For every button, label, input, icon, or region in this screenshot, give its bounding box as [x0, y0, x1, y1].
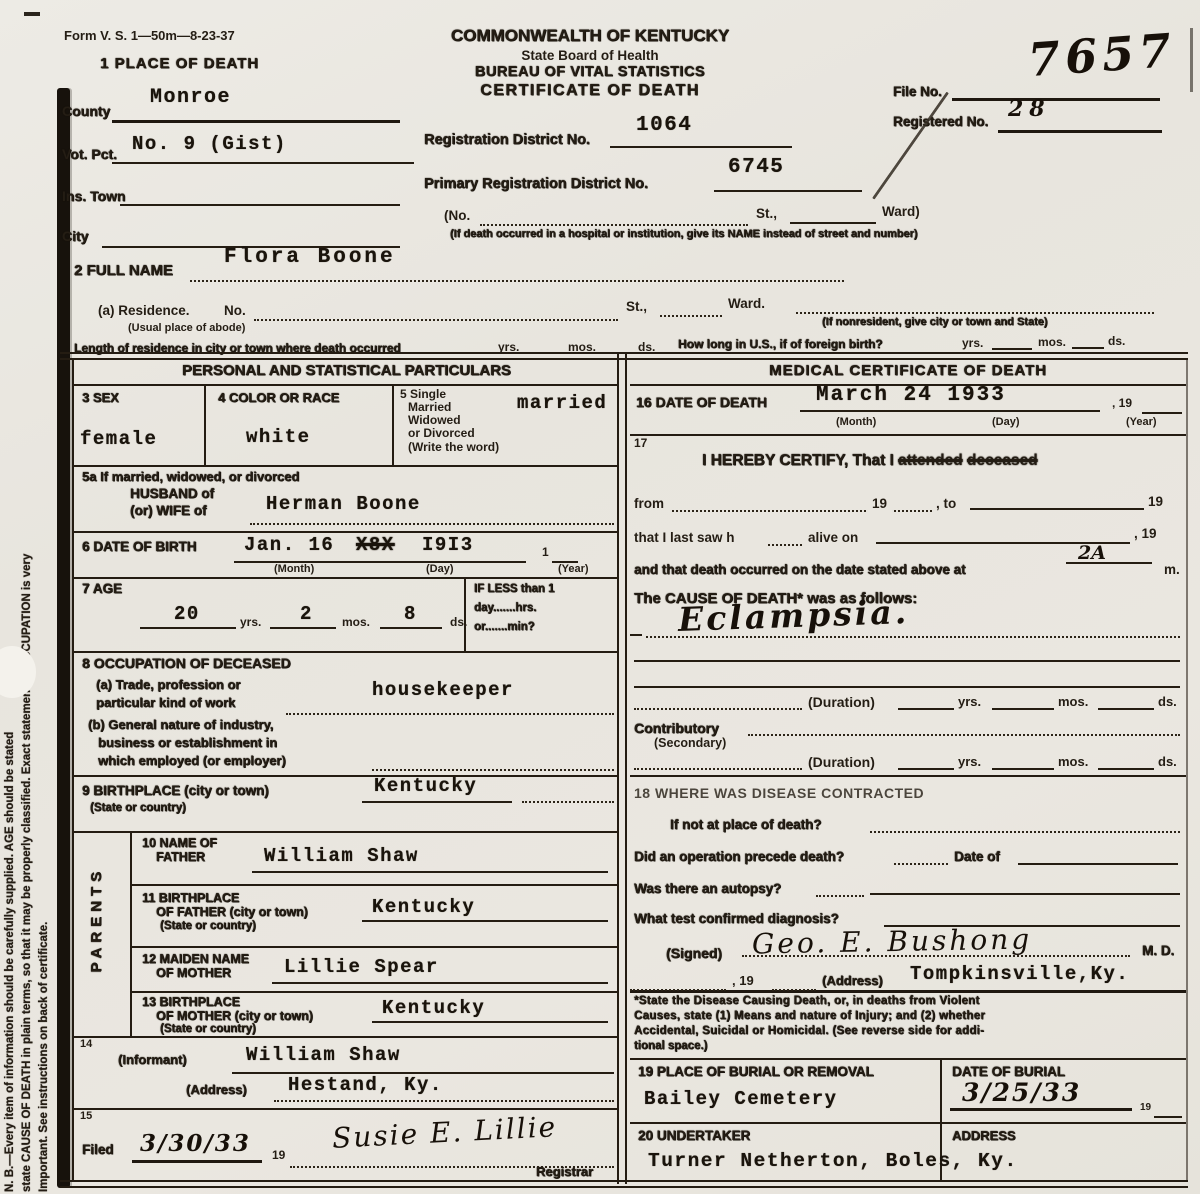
burial-row: 19 PLACE OF BURIAL OR REMOVAL Bailey Cem…	[630, 1058, 1186, 1124]
howlong-label: How long in U.S., if of foreign birth?	[678, 337, 883, 351]
occupation-b-label2: business or establishment in	[98, 735, 277, 750]
month-label: (Month)	[274, 563, 314, 575]
rule-line	[552, 543, 578, 563]
rule-line	[1142, 394, 1182, 414]
hour-m-label: m.	[1164, 562, 1180, 577]
registered-number-label: Registered No.	[893, 114, 988, 129]
rule-line	[1018, 847, 1178, 865]
footnote-line: *State the Disease Causing Death, or, in…	[634, 995, 980, 1007]
rule-line	[660, 297, 722, 317]
form-left-border	[57, 88, 70, 1188]
medical-title: MEDICAL CERTIFICATE OF DEATH	[630, 362, 1186, 379]
rule-line	[952, 80, 1160, 101]
duration1-ds: ds.	[1158, 694, 1177, 709]
mother-bp-label1: 13 BIRTHPLACE	[142, 995, 240, 1009]
to-19-label: 19	[1148, 494, 1163, 509]
informant-section-number: 14	[80, 1038, 92, 1050]
rule-line	[630, 618, 642, 636]
rule-line	[522, 783, 614, 803]
rule-line	[234, 543, 526, 563]
rule-line	[870, 815, 1180, 833]
date-of-death-row: 16 DATE OF DEATH March 24 1933 , 19 (Mon…	[630, 384, 1186, 436]
footnote-line: Accidental, Suicidal or Homicidal. (See …	[634, 1025, 984, 1037]
rule-line	[714, 172, 862, 192]
undertaker-label: 20 UNDERTAKER	[638, 1128, 750, 1143]
bureau-title: BUREAU OF VITAL STATISTICS	[420, 64, 760, 80]
alive-on-label: alive on	[808, 530, 858, 545]
cell-divider	[464, 577, 466, 651]
scan-artifact-dash	[24, 12, 40, 16]
rule-line	[634, 752, 802, 770]
last-saw-label: that I last saw h	[634, 530, 735, 545]
saw-19-label: , 19	[1134, 526, 1157, 541]
marital-value: married	[517, 392, 607, 414]
undertaker-address-label: ADDRESS	[952, 1128, 1016, 1143]
rule-line	[132, 1142, 262, 1163]
parents-block: PARENTS 10 NAME OF FATHER William Shaw 1…	[74, 831, 619, 1038]
cause-footnote: *State the Disease Causing Death, or, in…	[630, 990, 1186, 1060]
parents-vertical-label: PARENTS	[88, 867, 105, 973]
rule-line	[816, 879, 864, 897]
operation-label: Did an operation precede death?	[634, 849, 844, 864]
rule-line	[646, 620, 1180, 638]
physician-address-value: Tompkinsville,Ky.	[910, 963, 1129, 985]
mother-name-row: 12 MAIDEN NAME OF MOTHER Lillie Spear	[132, 948, 619, 993]
rule-line	[796, 294, 1154, 314]
duration1-mos: mos.	[1058, 694, 1088, 709]
rule-line	[232, 1056, 614, 1074]
secondary-label: (Secondary)	[654, 736, 726, 750]
rule-line	[254, 301, 618, 321]
undertaker-row: 20 UNDERTAKER ADDRESS Turner Netherton, …	[630, 1122, 1186, 1180]
certify-block: 17 I HEREBY CERTIFY, That I attended dec…	[630, 434, 1186, 777]
rule-line	[800, 392, 1100, 412]
if-less-label: IF LESS than 1	[474, 583, 555, 595]
rule-line	[992, 752, 1054, 770]
burial-place-label: 19 PLACE OF BURIAL OR REMOVAL	[638, 1064, 874, 1079]
race-label: 4 COLOR OR RACE	[218, 390, 339, 405]
medical-certificate-column: MEDICAL CERTIFICATE OF DEATH 16 DATE OF …	[630, 358, 1188, 1180]
yrs-label: yrs.	[962, 336, 983, 350]
registrar-signature: Susie E. Lillie	[331, 1110, 558, 1155]
rule-line	[898, 692, 954, 710]
occupation-b-label3: which employed (or employer)	[98, 753, 286, 768]
rule-line	[610, 128, 792, 148]
board-title: State Board of Health	[420, 48, 760, 63]
duration2-mos: mos.	[1058, 754, 1088, 769]
rule-line	[634, 670, 1180, 688]
medical-title-row: MEDICAL CERTIFICATE OF DEATH	[630, 358, 1186, 386]
rule-line	[112, 102, 400, 123]
marital-option: 5 Single	[400, 387, 446, 401]
disease-contracted-label: 18 WHERE WAS DISEASE CONTRACTED	[634, 785, 924, 801]
file-number-value: 7657	[1026, 23, 1177, 87]
form-number: Form V. S. 1—50m—8-23-37	[64, 28, 235, 43]
rule-line	[1154, 1100, 1182, 1118]
month-label: (Month)	[836, 416, 876, 428]
burial-19-label: 19	[1140, 1102, 1151, 1113]
margin-note: N. B.—Every item of information should b…	[2, 67, 53, 1192]
rule-line	[772, 973, 816, 991]
occupation-a-label1: (a) Trade, profession or	[96, 677, 240, 692]
sex-race-marital-row: 3 SEX female 4 COLOR OR RACE white 5 Sin…	[74, 384, 619, 467]
md-label: M. D.	[1142, 943, 1174, 958]
residence-no-label: No.	[224, 303, 246, 318]
signed-address-label: (Address)	[822, 973, 883, 988]
mother-bp-label3: (State or country)	[160, 1023, 256, 1035]
rule-line	[140, 609, 236, 629]
birthplace-state-note: (State or country)	[90, 802, 186, 814]
personal-title-row: PERSONAL AND STATISTICAL PARTICULARS	[74, 358, 619, 386]
rule-line	[250, 507, 614, 525]
rule-line	[372, 1005, 608, 1023]
cell-divider	[204, 384, 206, 465]
signed-19-label: , 19	[732, 973, 754, 988]
filed-label: Filed	[82, 1142, 114, 1157]
ds-label: ds.	[1108, 334, 1125, 348]
day-label: (Day)	[992, 416, 1020, 428]
rule-line	[992, 334, 1032, 350]
spouse-row: 5a If married, widowed, or divorced HUSB…	[74, 465, 619, 533]
residence-st-label: St.,	[626, 299, 647, 314]
duration2-yrs: yrs.	[958, 754, 981, 769]
rule-line	[992, 692, 1054, 710]
occupation-b-label1: (b) General nature of industry,	[88, 717, 273, 732]
to-label: , to	[936, 496, 956, 511]
dod-label: 16 DATE OF DEATH	[636, 394, 767, 410]
race-value: white	[246, 426, 311, 448]
cell-divider	[392, 384, 394, 465]
certify-attended-struck: attended	[898, 452, 963, 469]
residence-label: (a) Residence.	[98, 303, 190, 318]
filed-row: 15 Filed 3/30/33 19 Susie E. Lillie Regi…	[74, 1108, 619, 1180]
father-bp-label3: (State or country)	[160, 920, 256, 932]
duration1-label: (Duration)	[808, 694, 875, 710]
rule-line	[790, 204, 876, 224]
rule-line	[372, 753, 614, 771]
rule-line	[362, 783, 512, 803]
duration2-label: (Duration)	[808, 754, 875, 770]
father-label2: FATHER	[156, 850, 205, 864]
informant-label: (Informant)	[118, 1052, 187, 1067]
primary-district-label: Primary Registration District No.	[424, 176, 648, 192]
marital-option: or Divorced	[408, 426, 475, 440]
undertaker-value: Turner Netherton, Boles, Ky.	[648, 1150, 1018, 1172]
footnote-line: tional space.)	[634, 1040, 708, 1052]
footnote-line: Causes, state (1) Means and nature of In…	[634, 1010, 985, 1022]
age-row: 7 AGE 20 yrs. 2 mos. 8 ds. IF LESS than …	[74, 577, 619, 653]
autopsy-label: Was there an autopsy?	[634, 881, 781, 896]
mother-label2: OF MOTHER	[156, 966, 231, 980]
age-yrs-label: yrs.	[240, 615, 261, 629]
dod-19-label: , 19	[1112, 396, 1132, 410]
marital-write-note: (Write the word)	[408, 440, 499, 454]
signed-label: (Signed)	[666, 945, 722, 961]
rule-line	[120, 186, 400, 206]
rule-line	[272, 966, 608, 984]
county-label: County	[62, 103, 110, 119]
certify-text: I HEREBY CERTIFY, That I	[702, 452, 894, 469]
wife-of-label: (or) WIFE of	[130, 503, 206, 518]
if-less-min-label: or.......min?	[474, 621, 535, 633]
certify-statement: I HEREBY CERTIFY, That I attended deceas…	[702, 452, 1038, 470]
test-label: What test confirmed diagnosis?	[634, 911, 839, 926]
rule-line	[894, 494, 932, 512]
rule-line	[742, 939, 1130, 957]
rule-line	[672, 494, 866, 512]
age-mos-label: mos.	[342, 615, 370, 629]
precinct-label: Vot. Pct.	[62, 146, 117, 162]
personal-title: PERSONAL AND STATISTICAL PARTICULARS	[74, 362, 619, 379]
rule-line	[630, 973, 726, 991]
rule-line	[634, 644, 1180, 662]
town-label: Ins. Town	[62, 188, 126, 204]
husband-of-label: HUSBAND of	[130, 486, 214, 501]
birthplace-label: 9 BIRTHPLACE (city or town)	[82, 783, 269, 798]
certificate-title: CERTIFICATE OF DEATH	[420, 82, 760, 100]
abode-note: (Usual place of abode)	[128, 322, 245, 334]
rule-line	[380, 609, 442, 629]
cell-divider	[940, 1058, 942, 1122]
duration1-yrs: yrs.	[958, 694, 981, 709]
rule-line	[1066, 544, 1152, 564]
from-19-label: 19	[872, 496, 887, 511]
date-of-birth-row: 6 DATE OF BIRTH Jan. 16 X8X I9I3 1 (Mont…	[74, 531, 619, 579]
father-birthplace-row: 11 BIRTHPLACE OF FATHER (city or town) (…	[132, 886, 619, 948]
commonwealth-title: COMMONWEALTH OF KENTUCKY	[420, 26, 760, 46]
sex-value: female	[80, 428, 157, 450]
year-label: (Year)	[1126, 416, 1157, 428]
rule-line	[286, 697, 614, 715]
spouse-section-label: 5a If married, widowed, or divorced	[82, 469, 299, 484]
occupation-a-label2: particular kind of work	[96, 695, 235, 710]
mos-label: mos.	[1038, 335, 1066, 349]
disease-block: 18 WHERE WAS DISEASE CONTRACTED If not a…	[630, 775, 1186, 993]
residence-ward-label: Ward.	[728, 296, 765, 311]
rule-line	[480, 206, 748, 226]
filed-19-label: 19	[272, 1148, 285, 1162]
marital-option: Married	[408, 400, 451, 414]
duration2-ds: ds.	[1158, 754, 1177, 769]
occupation-label: 8 OCCUPATION OF DECEASED	[82, 655, 291, 671]
dob-year-prefix: 1	[542, 545, 549, 559]
margin-note-line: Important. See instructions on back of c…	[36, 67, 53, 1192]
city-label: City	[62, 228, 88, 244]
rule-line	[1098, 752, 1154, 770]
rule-line	[190, 262, 844, 282]
hospital-note: (If death occurred in a hospital or inst…	[450, 228, 918, 240]
year-label: (Year)	[558, 563, 589, 575]
parents-strip: PARENTS	[74, 831, 132, 1036]
contributory-label: Contributory	[634, 720, 719, 736]
from-label: from	[634, 496, 664, 511]
nonresident-note: (If nonresident, give city or town and S…	[822, 316, 1048, 328]
mother-label1: 12 MAIDEN NAME	[142, 952, 249, 966]
rule-line	[112, 144, 414, 164]
informant-row: 14 (Informant) William Shaw (Address) He…	[74, 1036, 619, 1110]
rule-line	[1098, 692, 1154, 710]
mother-birthplace-row: 13 BIRTHPLACE OF MOTHER (city or town) (…	[132, 993, 619, 1036]
ward-label: Ward)	[882, 204, 920, 219]
rule-line	[950, 1090, 1132, 1111]
personal-particulars-column: PERSONAL AND STATISTICAL PARTICULARS 3 S…	[72, 358, 619, 1180]
pencil-slash-mark	[872, 92, 949, 200]
death-occurred-label: and that death occurred on the date stat…	[634, 562, 966, 577]
certify-section-number: 17	[634, 436, 647, 450]
file-number-label: File No.	[893, 84, 942, 99]
age-label: 7 AGE	[82, 581, 122, 596]
rule-line	[894, 847, 948, 865]
father-name-row: 10 NAME OF FATHER William Shaw	[132, 831, 619, 886]
margin-note-line: state CAUSE OF DEATH in plain terms, so …	[19, 67, 36, 1192]
certify-deceased-struck: deceased	[967, 452, 1038, 469]
burial-place-value: Bailey Cemetery	[644, 1088, 838, 1110]
rule-line	[1072, 333, 1104, 349]
not-place-label: If not at place of death?	[670, 817, 822, 832]
occupation-row: 8 OCCUPATION OF DECEASED (a) Trade, prof…	[74, 651, 619, 777]
rule-line	[634, 692, 802, 710]
father-bp-label1: 11 BIRTHPLACE	[142, 891, 239, 905]
burial-date-label: DATE OF BURIAL	[952, 1064, 1065, 1079]
rule-line	[274, 1084, 614, 1102]
rule-line	[252, 855, 608, 873]
rule-line	[998, 112, 1162, 133]
rule-line	[270, 609, 336, 629]
death-certificate-scan: N. B.—Every item of information should b…	[0, 0, 1200, 1194]
rule-line	[102, 228, 400, 248]
father-bp-label2: OF FATHER (city or town)	[156, 905, 308, 919]
street-label: St.,	[756, 206, 777, 221]
margin-note-line: N. B.—Every item of information should b…	[2, 67, 19, 1192]
filed-section-number: 15	[80, 1110, 92, 1122]
if-less-day-label: day.......hrs.	[474, 602, 536, 614]
marital-option: Widowed	[408, 413, 461, 427]
mother-bp-label2: OF MOTHER (city or town)	[156, 1009, 313, 1023]
full-name-label: 2 FULL NAME	[74, 262, 173, 279]
rule-line	[768, 528, 802, 546]
informant-address-label: (Address)	[186, 1082, 247, 1097]
scan-artifact-edge	[1190, 28, 1193, 92]
dob-label: 6 DATE OF BIRTH	[82, 539, 197, 554]
rule-line	[870, 877, 1180, 895]
birthplace-row: 9 BIRTHPLACE (city or town) Kentucky (St…	[74, 775, 619, 833]
registration-district-label: Registration District No.	[424, 132, 590, 148]
street-number-label: (No.	[444, 208, 470, 223]
rule-line	[748, 718, 1180, 736]
date-of-label: Date of	[954, 849, 1000, 864]
section-place-of-death: 1 PLACE OF DEATH	[100, 55, 259, 72]
rule-line	[362, 904, 608, 922]
registrar-label: Registrar	[536, 1164, 593, 1179]
day-label: (Day)	[426, 563, 454, 575]
sex-label: 3 SEX	[82, 390, 119, 405]
father-label1: 10 NAME OF	[142, 836, 217, 850]
rule-line	[970, 492, 1144, 510]
rule-line	[898, 752, 954, 770]
